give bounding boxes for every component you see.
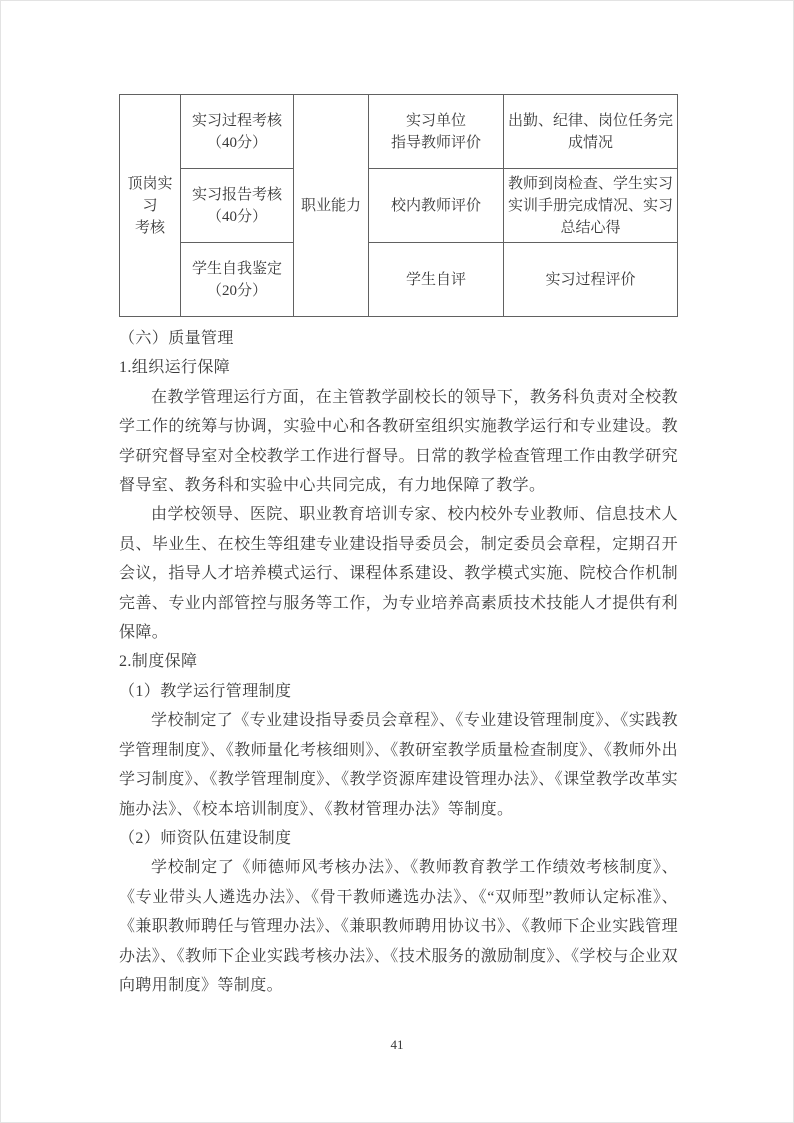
table-cell-criteria: 教师到岗检查、学生实习实训手册完成情况、实习总结心得 xyxy=(504,169,678,243)
section-heading-quality-management: （六）质量管理 xyxy=(119,324,678,353)
subsection-heading-teaching-management-system: （1）教学运行管理制度 xyxy=(119,677,678,706)
page-content: 顶岗实习 考核 实习过程考核 （40分） 职业能力 实习单位 指导教师评价 出勤… xyxy=(119,94,678,1000)
table-cell-category: 顶岗实习 考核 xyxy=(120,95,181,317)
table-cell-ability: 职业能力 xyxy=(294,95,369,317)
subsection-heading-organization-guarantee: 1.组织运行保障 xyxy=(119,353,678,382)
body-text: （六）质量管理 1.组织运行保障 在教学管理运行方面，在主管教学副校长的领导下，… xyxy=(119,324,678,1000)
table-row: 学生自我鉴定 （20分） 学生自评 实习过程评价 xyxy=(120,243,678,317)
subsection-heading-faculty-building-system: （2）师资队伍建设制度 xyxy=(119,824,678,853)
page-number: 41 xyxy=(1,1037,793,1053)
table-cell-criteria: 出勤、纪律、岗位任务完成情况 xyxy=(504,95,678,169)
table-cell-criteria: 实习过程评价 xyxy=(504,243,678,317)
paragraph: 学校制定了《师德师风考核办法》、《教师教育教学工作绩效考核制度》、《专业带头人遴… xyxy=(119,853,678,1000)
subsection-heading-system-guarantee: 2.制度保障 xyxy=(119,647,678,676)
table-cell-evaluator: 学生自评 xyxy=(369,243,504,317)
table-cell-item: 实习过程考核 （40分） xyxy=(181,95,294,169)
table-cell-item: 实习报告考核 （40分） xyxy=(181,169,294,243)
table-row: 顶岗实习 考核 实习过程考核 （40分） 职业能力 实习单位 指导教师评价 出勤… xyxy=(120,95,678,169)
table-row: 实习报告考核 （40分） 校内教师评价 教师到岗检查、学生实习实训手册完成情况、… xyxy=(120,169,678,243)
table-cell-evaluator: 实习单位 指导教师评价 xyxy=(369,95,504,169)
document-page: 顶岗实习 考核 实习过程考核 （40分） 职业能力 实习单位 指导教师评价 出勤… xyxy=(0,0,794,1123)
table-cell-evaluator: 校内教师评价 xyxy=(369,169,504,243)
paragraph: 在教学管理运行方面，在主管教学副校长的领导下，教务科负责对全校教学工作的统筹与协… xyxy=(119,383,678,501)
paragraph: 由学校领导、医院、职业教育培训专家、校内校外专业教师、信息技术人员、毕业生、在校… xyxy=(119,500,678,647)
internship-assessment-table: 顶岗实习 考核 实习过程考核 （40分） 职业能力 实习单位 指导教师评价 出勤… xyxy=(119,94,678,317)
paragraph: 学校制定了《专业建设指导委员会章程》、《专业建设管理制度》、《实践教学管理制度》… xyxy=(119,706,678,824)
table-cell-item: 学生自我鉴定 （20分） xyxy=(181,243,294,317)
